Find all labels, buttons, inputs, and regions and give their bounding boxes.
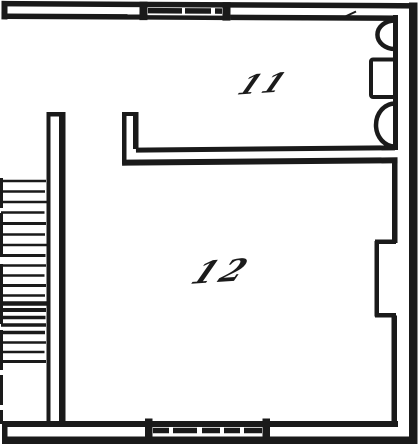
wall-line [409, 3, 418, 445]
window-bottom-jamb-left [145, 419, 153, 438]
room-divider-wall [122, 112, 398, 166]
wall-line [7, 13, 141, 19]
wall-end-cap [1, 1, 7, 20]
wall-projection-face [375, 241, 380, 317]
wall-line [122, 112, 127, 164]
wall-line [59, 112, 66, 427]
wall-line [2, 437, 418, 445]
wall-inner-face [392, 316, 398, 428]
wall-line [47, 112, 51, 427]
wall-end-cap [47, 112, 66, 117]
room11-fixtures [371, 21, 395, 147]
wall-line [2, 1, 418, 9]
wall-line [7, 421, 398, 427]
wall-end-cap [2, 421, 8, 444]
wall-end-cap [122, 112, 139, 116]
wall-line [133, 112, 139, 149]
wall-line [147, 15, 223, 20]
wall-line [122, 157, 398, 165]
window-bottom-jamb-right [263, 419, 271, 438]
wall-inner-face [392, 159, 398, 243]
wall-line [136, 145, 395, 152]
half-round-fixture-lower-icon [376, 104, 395, 147]
floor-plan-drawing [0, 0, 418, 446]
half-round-fixture-upper-icon [377, 21, 395, 50]
rectangular-fixture-icon [371, 60, 395, 98]
window-top-jamb-left [139, 2, 147, 21]
staircase-icon [1, 178, 47, 424]
wall-line [230, 15, 398, 21]
exterior-wall-bottom [2, 419, 418, 445]
window-top-jamb-right [222, 2, 230, 21]
interior-wall-left [47, 112, 66, 427]
floor-plan: 11 12 [0, 0, 418, 446]
